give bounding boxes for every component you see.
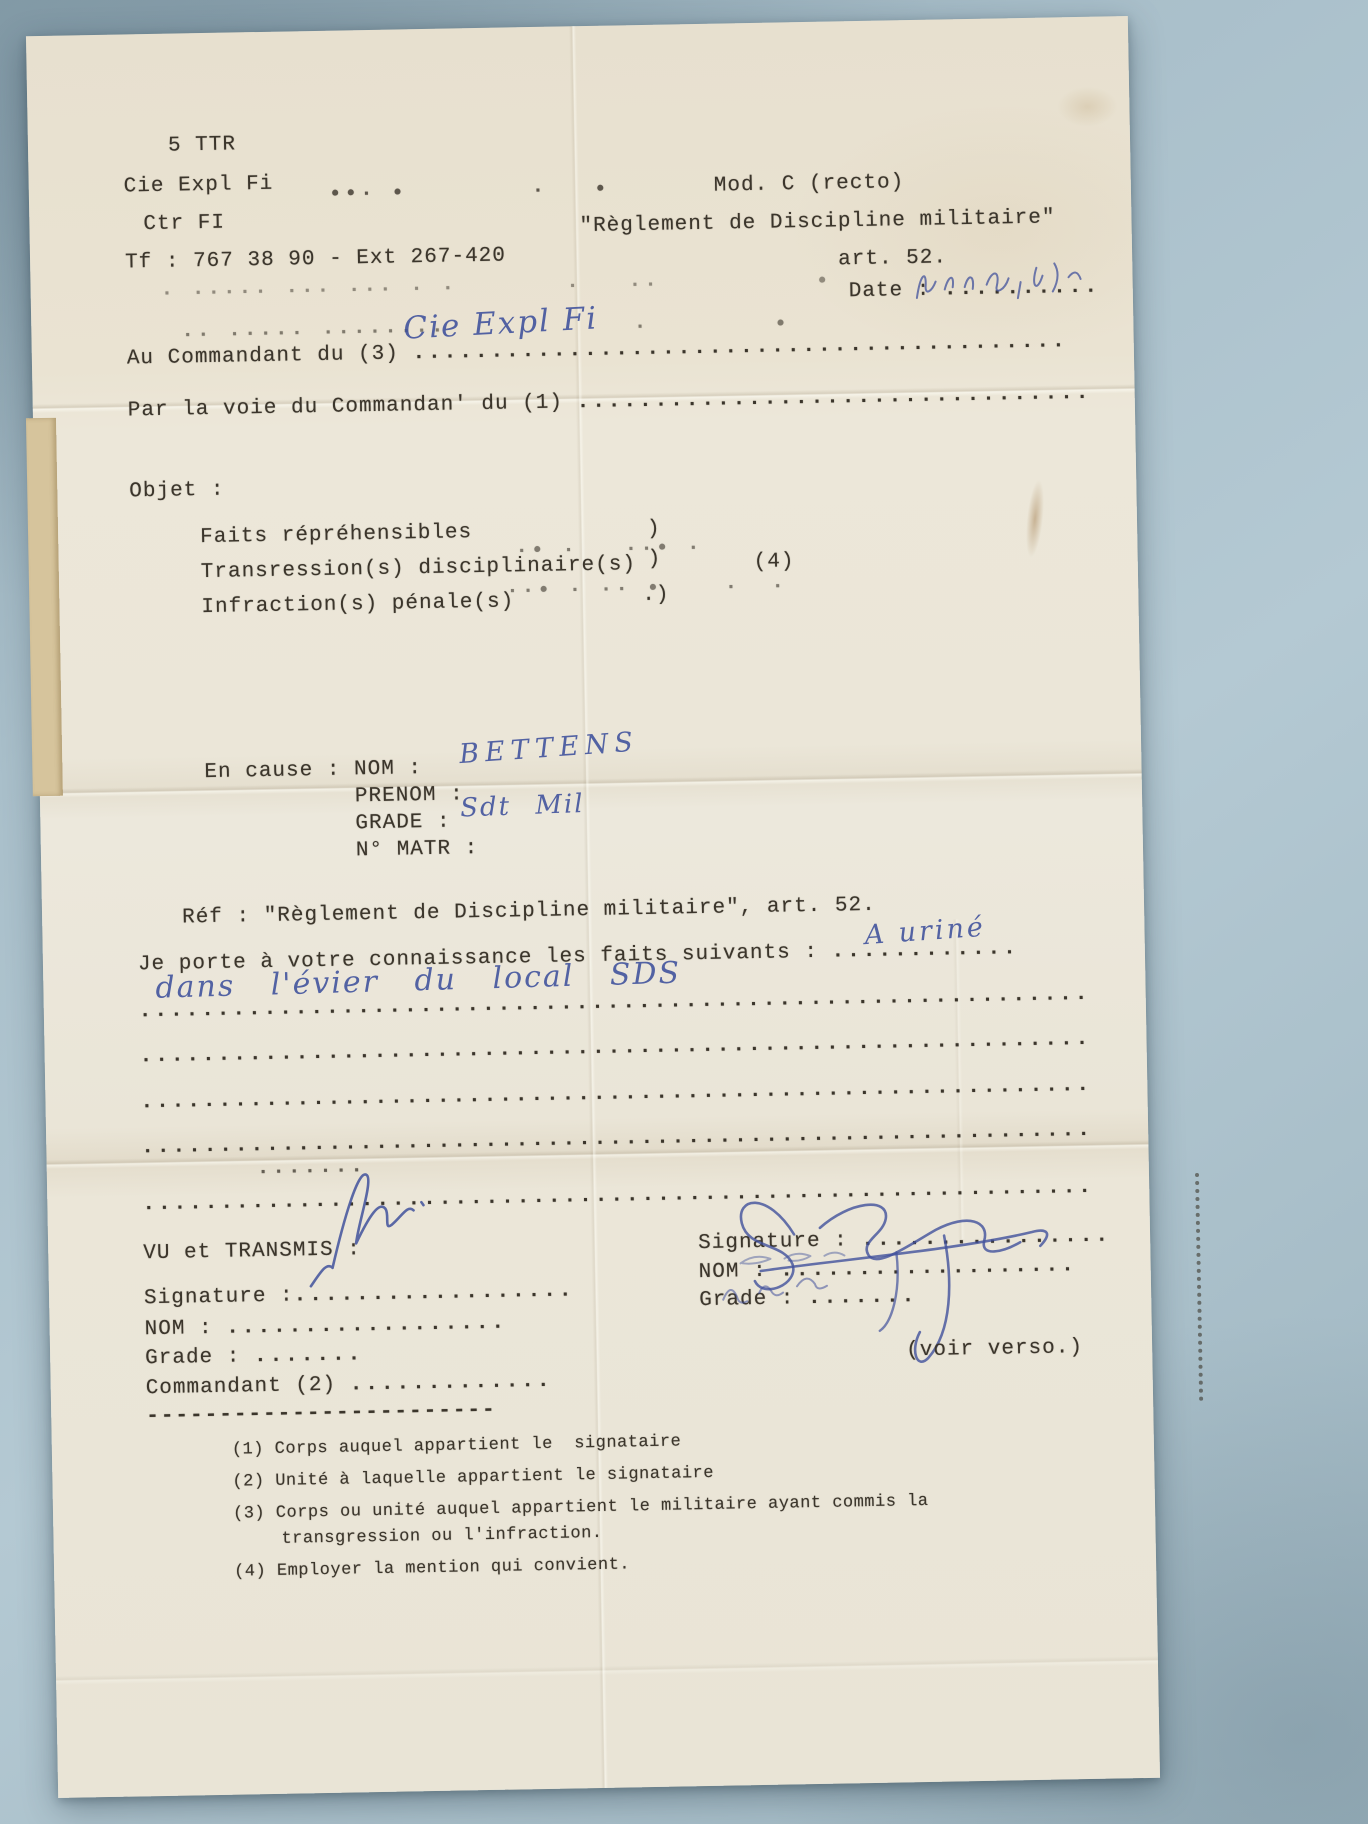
objet-item-1: Faits répréhensibles — [200, 520, 472, 550]
objet-note: (4) — [753, 549, 794, 575]
grade-left-dots: ....... — [254, 1343, 364, 1368]
signature-left-dots: .................. — [293, 1279, 574, 1307]
grade-handwriting: Sdt Mil — [460, 789, 585, 823]
objet-item-3: Infraction(s) pénale(s) — [201, 589, 514, 620]
nom-left-line: NOM : .................. — [144, 1311, 507, 1343]
footnote-3-continued: transgression ou l'infraction. — [281, 1524, 602, 1550]
en-cause-nom-label: En cause : NOM : — [204, 756, 422, 785]
footnote-3: (3) Corps ou unité auquel appartient le … — [233, 1492, 929, 1525]
verso-note: (voir verso.) — [906, 1335, 1083, 1363]
footnote-2: (2) Unité à laquelle appartient le signa… — [232, 1464, 714, 1493]
grade-left-line: Grade : ....... — [145, 1342, 363, 1371]
prenom-label: PRENOM : — [355, 782, 464, 809]
folded-paper-edge — [26, 418, 63, 796]
grade-handwriting-scribble — [723, 1278, 827, 1303]
horizontal-fold-crease — [56, 1656, 1158, 1685]
signature-left-line: Signature :.................. — [144, 1278, 575, 1311]
via-commander-dots: ...................................... — [576, 381, 1089, 414]
regulation-title: "Règlement de Discipline militaire" — [579, 205, 1055, 239]
photo-background: { "colors":{"surface":"#a9bfca","paper":… — [0, 0, 1368, 1824]
commandant-line: Commandant (2) ............. — [146, 1369, 553, 1402]
grade-left-label: Grade : — [145, 1345, 254, 1370]
faint-stain — [1057, 86, 1118, 127]
to-commander-label: Au Commandant du (3) — [127, 342, 413, 370]
footnote-separator: ------------------------ — [146, 1398, 497, 1430]
signature-scribble — [697, 1166, 1132, 1424]
stray-dots: · ····· ··· ··· · · · ·· • — [160, 270, 831, 307]
reference-line: Réf : "Règlement de Discipline militaire… — [182, 893, 876, 931]
unit-line-3: Ctr FI — [143, 211, 225, 238]
footnote-4: (4) Employer la mention qui convient. — [234, 1555, 630, 1583]
via-commander-label: Par la voie du Commandan' du (1) — [128, 391, 577, 422]
via-commander-line: Par la voie du Commandan' du (1) .......… — [128, 381, 1090, 424]
nom-handwriting: BETTENS — [458, 726, 640, 770]
footnote-1: (1) Corps auquel appartient le signatair… — [232, 1432, 682, 1461]
date-handwriting-scribble — [908, 254, 1129, 314]
matricule-label: N° MATR : — [356, 836, 479, 863]
stray-dots: ••· • · • — [329, 178, 610, 208]
dotted-line: ........................................… — [140, 1073, 1092, 1116]
dotted-right-margin — [1195, 1173, 1203, 1401]
phone-line: Tf : 767 38 90 - Ext 267-420 — [125, 243, 506, 275]
stray-dots: ··• · ·· • · · — [506, 574, 787, 604]
grade-label: GRADE : — [355, 810, 451, 837]
commandant-label: Commandant (2) — [146, 1374, 350, 1401]
form-model-line: Mod. C (recto) — [714, 170, 905, 199]
dotted-line: ........................................… — [139, 1027, 1091, 1070]
paper-document: 5 TTR Cie Expl Fi Ctr FI Tf : 767 38 90 … — [26, 16, 1160, 1798]
stray-dots: ·• · ··• · — [515, 536, 703, 565]
nom-left-label: NOM : — [144, 1317, 226, 1341]
unit-line-1: 5 TTR — [168, 132, 236, 158]
nom-left-dots: .................. — [226, 1312, 507, 1340]
commandant-dots: ............. — [350, 1370, 553, 1397]
unit-line-2: Cie Expl Fi — [123, 172, 273, 200]
signature-left-label: Signature : — [144, 1285, 294, 1311]
brown-stain — [1023, 479, 1047, 558]
objet-label: Objet : — [129, 478, 225, 505]
